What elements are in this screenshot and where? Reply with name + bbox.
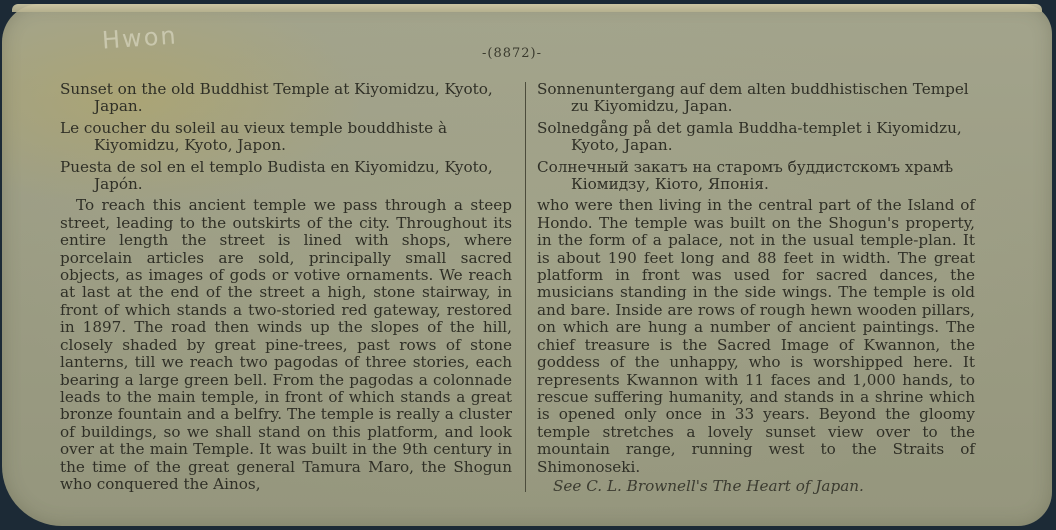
title-english: Sunset on the old Buddhist Temple at Kiy…	[60, 81, 512, 116]
pencil-annotation: Hwon	[101, 21, 178, 54]
description-part-1: To reach this ancient temple we pass thr…	[60, 197, 512, 493]
title-swedish: Solnedgång på det gamla Buddha-templet i…	[537, 120, 975, 155]
left-column: Sunset on the old Buddhist Temple at Kiy…	[60, 81, 512, 493]
title-russian: Солнечный закатъ на старомъ буддистскомъ…	[537, 159, 975, 194]
title-french: Le coucher du soleil au vieux temple bou…	[60, 120, 512, 155]
stereoview-card-back: Hwon -(8872)- Sunset on the old Buddhist…	[2, 4, 1052, 526]
catalog-number: -(8872)-	[482, 46, 542, 61]
card-top-edge	[12, 4, 1042, 12]
right-column: Sonnenuntergang auf dem alten buddhistis…	[537, 81, 975, 495]
title-german: Sonnenuntergang auf dem alten buddhistis…	[537, 81, 975, 116]
source-attribution: See C. L. Brownell's The Heart of Japan.	[553, 478, 975, 495]
title-spanish: Puesta de sol en el templo Budista en Ki…	[60, 159, 512, 194]
description-part-2: who were then living in the central part…	[537, 197, 975, 476]
column-divider	[525, 82, 526, 492]
